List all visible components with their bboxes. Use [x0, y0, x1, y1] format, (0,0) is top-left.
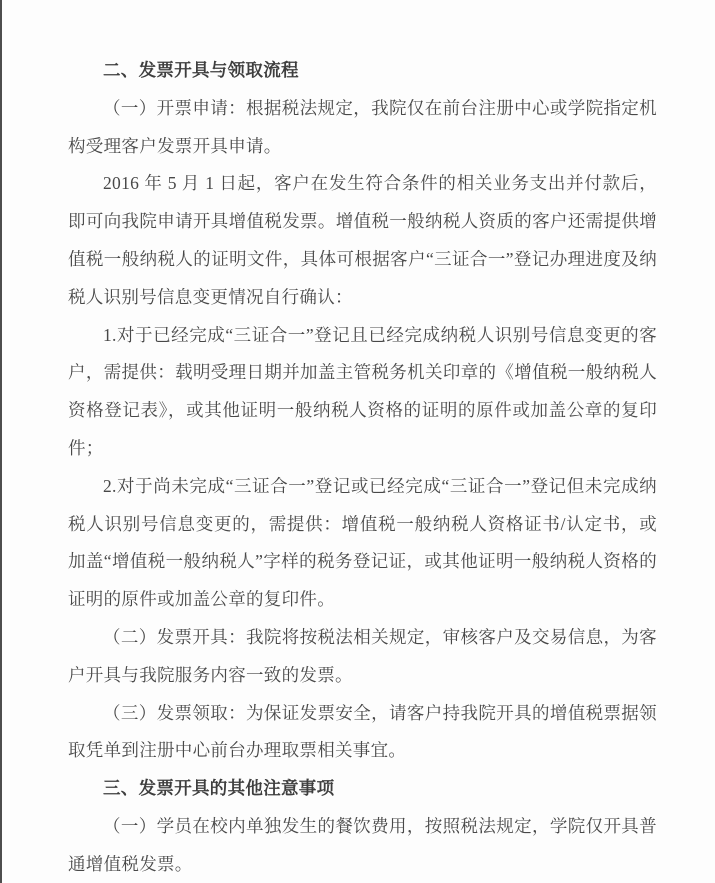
paragraph-invoice-application: （一）开票申请：根据税法规定，我院仅在前台注册中心或学院指定机构受理客户发票开具… [68, 90, 657, 166]
section-heading-invoice-process: 二、发票开具与领取流程 [68, 52, 657, 90]
paragraph-invoice-issuing: （二）发票开具：我院将按税法相关规定，审核客户及交易信息，为客户开具与我院服务内… [68, 619, 657, 695]
paragraph-vat-invoice-policy: 2016 年 5 月 1 日起，客户在发生符合条件的相关业务支出并付款后，即可向… [68, 165, 657, 316]
section-heading-other-notes: 三、发票开具的其他注意事项 [68, 770, 657, 808]
paragraph-item-2-incomplete-registration: 2.对于尚未完成“三证合一”登记或已经完成“三证合一”登记但未完成纳税人识别号信… [68, 468, 657, 619]
scanned-document-page: 二、发票开具与领取流程 （一）开票申请：根据税法规定，我院仅在前台注册中心或学院… [0, 0, 715, 883]
paragraph-invoice-collection: （三）发票领取：为保证发票安全，请客户持我院开具的增值税票据领取凭单到注册中心前… [68, 695, 657, 771]
paragraph-item-1-completed-registration: 1.对于已经完成“三证合一”登记且已经完成纳税人识别号信息变更的客户，需提供：载… [68, 317, 657, 468]
document-text-block: 二、发票开具与领取流程 （一）开票申请：根据税法规定，我院仅在前台注册中心或学院… [68, 52, 657, 883]
paragraph-catering-expense-note: （一）学员在校内单独发生的餐饮费用，按照税法规定，学院仅开具普通增值税发票。 [68, 808, 657, 883]
